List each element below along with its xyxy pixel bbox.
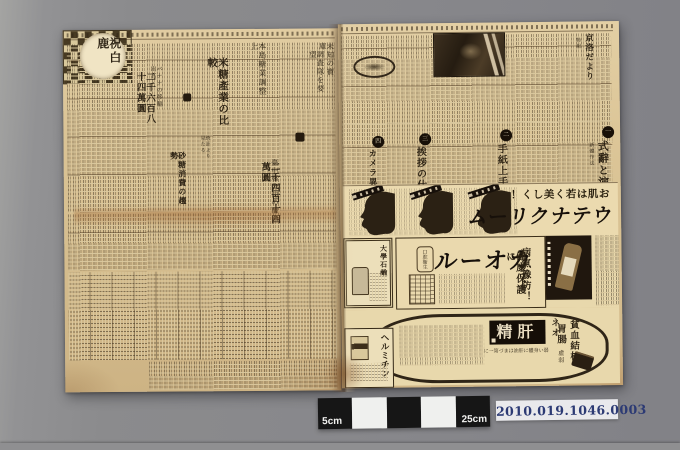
headline-kicker: 本島糖業調整上	[250, 42, 266, 104]
ad-table-graphic	[409, 274, 435, 304]
newspaper-page-right: 京洛だより 特報 一 式辭と演說 新體作法 二 手紙上手は 三 挨拶の仕方 四 …	[338, 21, 623, 388]
center-fold-shadow	[328, 24, 356, 392]
ad-copy-2: 健康保護に	[504, 251, 525, 305]
ad-badge: 口腔衞生	[416, 246, 433, 272]
ad-circle: 祝白鹿 銘酒	[80, 33, 126, 79]
decor-dot	[492, 338, 496, 342]
column-subtitle: 特報	[575, 37, 580, 61]
ad-brand-kansei: 精肝	[489, 320, 545, 345]
spot-headline-mark	[183, 93, 191, 101]
scale-label-5cm: 5cm	[322, 416, 342, 427]
ad-fine-print	[369, 273, 387, 301]
series-number-badge: 一	[602, 126, 614, 138]
ad-fine-print	[439, 273, 505, 304]
series-number-badge: 二	[500, 129, 512, 141]
stain-band	[74, 204, 336, 226]
news-photo-halftone	[433, 32, 506, 77]
kaoru-ad-band: 大學石鹼 口腔衞生 ルーオカ 病氣豫防！ 健康保護に	[343, 235, 619, 310]
market-quotation-table	[68, 270, 337, 360]
spot-headline-mark	[295, 133, 304, 142]
newspaper-spread: 本島糖業調整上 米糖產業の比較 統計より見たる 未知の寶庫 調査隊を要望 バナナ…	[56, 21, 626, 396]
headline-treasure-2: 調査隊を要望	[309, 50, 324, 98]
ad-badge-text: 口腔衞生	[421, 249, 426, 269]
ad-fine-print	[399, 325, 484, 366]
archive-photo: 本島糖業調整上 米糖產業の比較 統計より見たる 未知の寶庫 調査隊を要望 バナナ…	[0, 0, 680, 450]
body-text-columns	[149, 360, 337, 389]
accession-number-label: 2010.019.1046.0003	[496, 399, 618, 421]
vertical-white-text	[547, 242, 551, 286]
scale-segment-white	[421, 396, 456, 427]
ad-brand-kansei-text: 精肝	[496, 322, 538, 341]
scale-segment-black	[387, 397, 422, 428]
ad-brand-utena: ムーリクナテウ	[467, 199, 616, 230]
face-silhouette	[355, 190, 400, 238]
ad-side-copy-2: 胃腸	[555, 324, 565, 348]
headline-main: 米糖產業の比較	[207, 57, 229, 135]
face-silhouette	[413, 189, 458, 237]
ad-side-text: 銘酒	[114, 36, 118, 48]
series-headline-1-sub: 新體作法	[588, 142, 593, 170]
bottle-drawing	[555, 242, 583, 291]
headline-banana: 二千六百八十四萬圓	[135, 72, 154, 132]
newspaper-page-left: 本島糖業調整上 米糖產業の比較 統計より見たる 未知の寶庫 調査隊を要望 バナナ…	[63, 28, 342, 392]
neo-kansei-ad-band: ネオ 精肝 に一第づまは油肝に體身い弱 貧血結核 胃腸 虛弱 ヘルミチン	[344, 307, 620, 386]
ad-side-copy-3: 虛弱	[557, 350, 563, 366]
accession-number: 2010.019.1046.0003	[496, 402, 647, 419]
backdrop-edge	[0, 443, 680, 450]
utena-cream-ad: ！くし美く若は肌お ムーリクナテウ	[343, 182, 619, 239]
bottle-ad-dark	[545, 235, 592, 300]
subhead-sugar: 砂糖消費の趨勢	[170, 151, 186, 209]
kaoru-ad-box: 口腔衞生 ルーオカ 病氣豫防！ 健康保護に	[395, 236, 546, 310]
scale-segment-white	[352, 397, 387, 428]
scale-label-25cm: 25cm	[461, 414, 487, 425]
body-text-columns	[342, 121, 613, 185]
column-title: 京洛だより	[584, 33, 593, 97]
headline-note: 統計より見たる	[199, 135, 209, 163]
series-number-badge: 四	[372, 136, 384, 148]
body-text-columns	[595, 235, 619, 305]
bottle-label	[561, 256, 577, 276]
fold-stain	[323, 354, 365, 394]
photographic-scale-bar: 5cm 25cm	[318, 396, 490, 429]
series-number-badge: 三	[419, 133, 431, 145]
